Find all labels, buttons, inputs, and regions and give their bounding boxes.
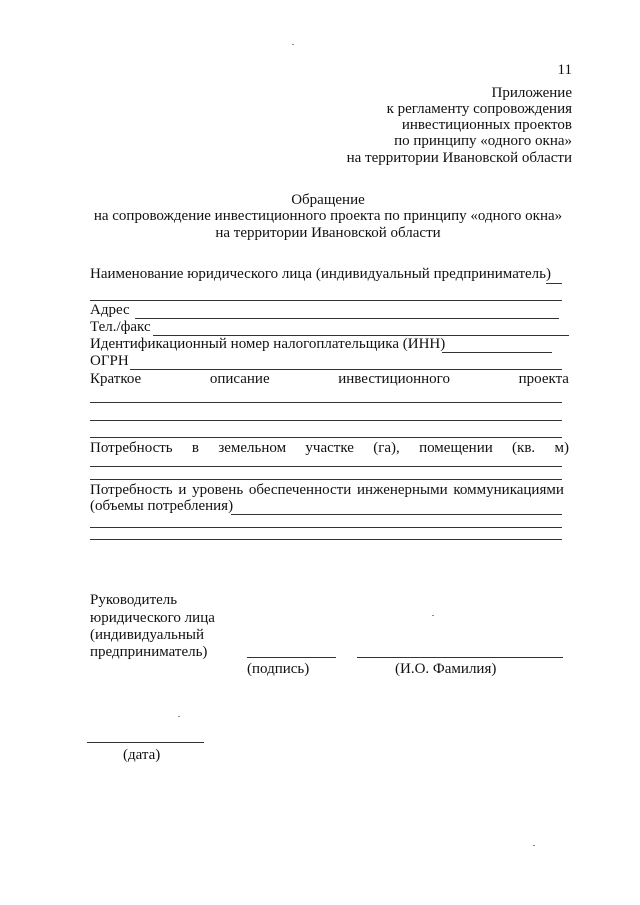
land-need-field-1[interactable] <box>90 466 562 467</box>
appendix-line: к регламенту сопровождения <box>387 101 572 118</box>
full-name-caption: (И.О. Фамилия) <box>395 661 496 678</box>
label-word: в <box>192 440 199 457</box>
project-description-field-1[interactable] <box>90 402 562 403</box>
appendix-line: инвестиционных проектов <box>402 117 572 134</box>
utilities-label: Потребность и уровень обеспеченности инж… <box>90 482 564 499</box>
inn-label: Идентификационный номер налогоплательщик… <box>90 336 445 353</box>
label-word: земельном <box>218 440 286 457</box>
address-label: Адрес <box>90 302 130 319</box>
label-word: Потребность <box>90 440 173 457</box>
address-field[interactable] <box>135 318 559 319</box>
signatory-line: (индивидуальный <box>90 627 204 644</box>
label-word: (га), <box>373 440 400 457</box>
utilities-label-2: (объемы потребления) <box>90 498 233 515</box>
ogrn-label: ОГРН <box>90 353 129 370</box>
signatory-line: Руководитель <box>90 592 177 609</box>
label-word: (кв. <box>512 440 535 457</box>
title-line: на сопровождение инвестиционного проекта… <box>0 208 640 225</box>
inn-field[interactable] <box>442 352 552 353</box>
appendix-line: на территории Ивановской области <box>347 150 572 167</box>
signatory-line: предприниматель) <box>90 644 207 661</box>
appendix-line: по принципу «одного окна» <box>394 133 572 150</box>
utilities-field-3[interactable] <box>90 539 562 540</box>
scan-speck <box>292 44 294 45</box>
appendix-line: Приложение <box>491 85 572 102</box>
scan-speck <box>178 716 180 717</box>
scan-speck <box>432 615 434 616</box>
signature-field[interactable] <box>247 657 336 658</box>
page-number: 11 <box>548 62 572 79</box>
full-name-field[interactable] <box>357 657 563 658</box>
legal-entity-label: Наименование юридического лица (индивиду… <box>90 266 551 283</box>
utilities-field-1[interactable] <box>231 514 562 515</box>
utilities-field-2[interactable] <box>90 527 562 528</box>
land-need-label: Потребность в земельном участке (га), по… <box>90 440 569 457</box>
title-line: на территории Ивановской области <box>0 225 640 242</box>
legal-entity-field[interactable] <box>546 283 562 284</box>
label-word: помещении <box>419 440 493 457</box>
label-word: участке <box>305 440 354 457</box>
label-word: м) <box>554 440 569 457</box>
signature-caption: (подпись) <box>247 661 309 678</box>
label-word: описание <box>210 371 270 388</box>
label-word: проекта <box>519 371 569 388</box>
signatory-line: юридического лица <box>90 610 215 627</box>
scan-speck <box>533 845 535 846</box>
project-description-label: Краткое описание инвестиционного проекта <box>90 371 569 388</box>
project-description-field-2[interactable] <box>90 420 562 421</box>
legal-entity-field-2[interactable] <box>90 300 562 301</box>
ogrn-field[interactable] <box>130 369 562 370</box>
date-field[interactable] <box>87 742 204 743</box>
date-caption: (дата) <box>123 747 160 764</box>
project-description-field-3[interactable] <box>90 437 562 438</box>
label-word: Краткое <box>90 371 141 388</box>
land-need-field-2[interactable] <box>90 479 562 480</box>
phone-fax-label: Тел./факс <box>90 319 151 336</box>
label-word: инвестиционного <box>338 371 450 388</box>
title-line: Обращение <box>0 192 640 209</box>
